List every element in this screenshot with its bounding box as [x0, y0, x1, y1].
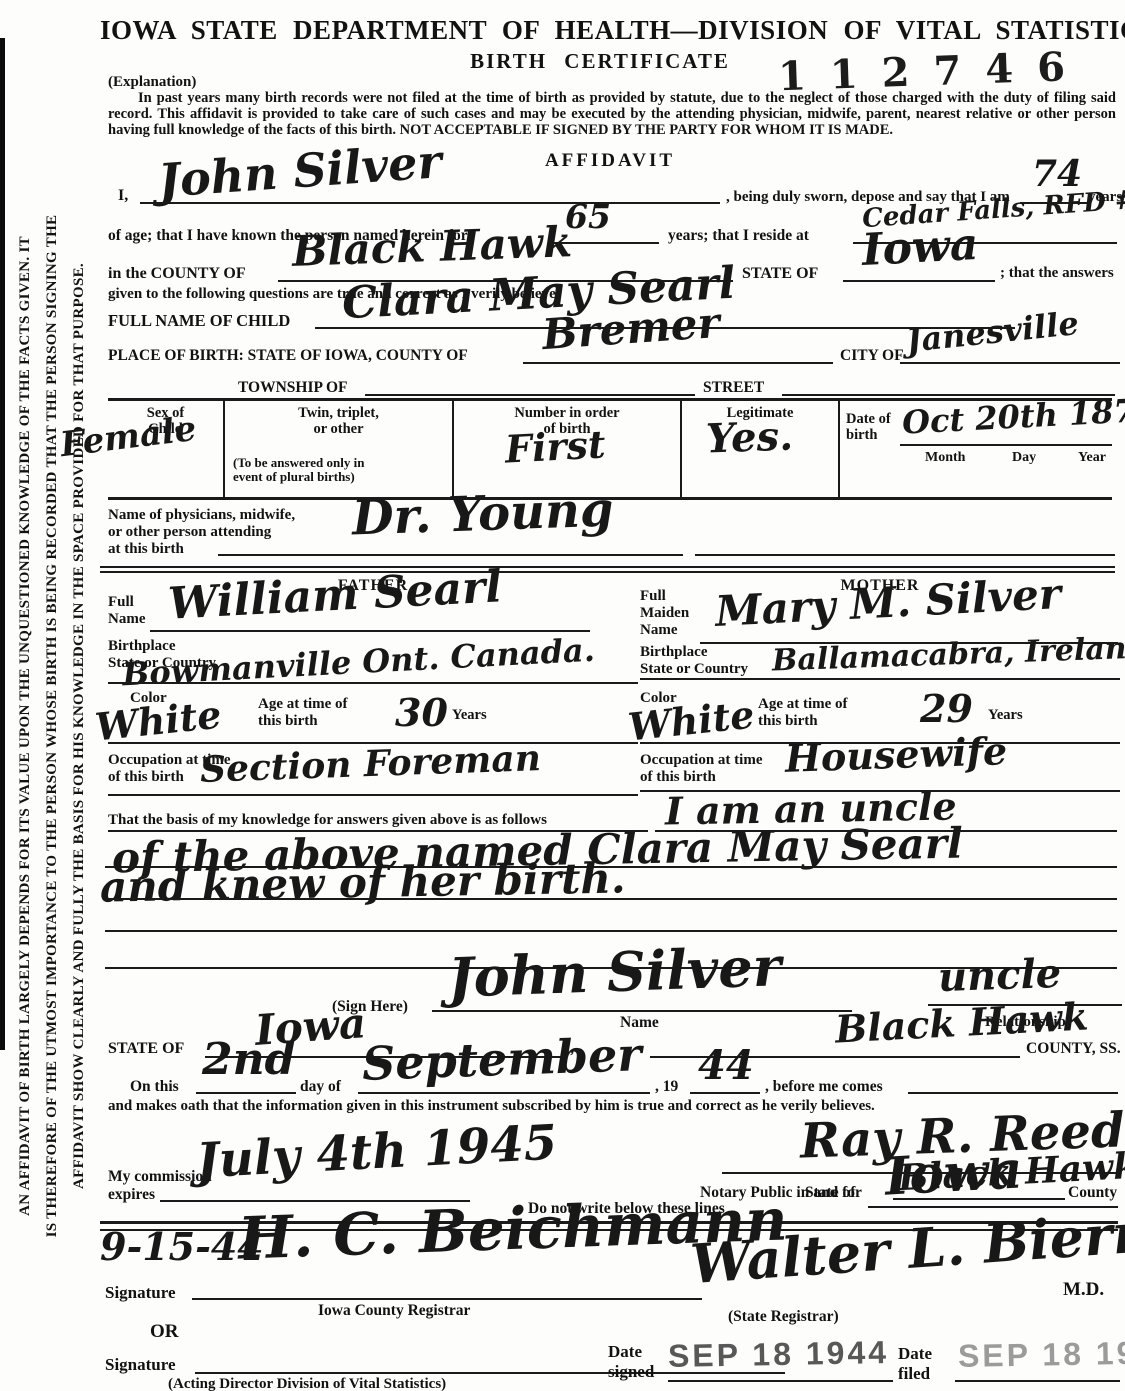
attendant-handwriting: Dr. Young [351, 485, 614, 542]
attendant-label: Name of physicians, midwife, or other pe… [108, 507, 295, 558]
city-of-label: CITY OF [840, 347, 904, 364]
state-of-small-handwriting: Iowa [884, 1144, 1024, 1203]
date-signed-label: Date signed [608, 1342, 654, 1382]
birth-city-handwriting: Janesville [905, 307, 1080, 357]
form-line [105, 930, 1117, 932]
form-line [358, 1092, 650, 1094]
state-handwriting: Iowa [861, 223, 979, 273]
twin-note: (To be answered only in event of plural … [233, 456, 364, 485]
mother-maiden-name-label: Full Maiden Name [640, 588, 689, 639]
notary-county-suffix-label: County [1068, 1184, 1117, 1201]
form-line [140, 202, 720, 204]
commission-date-handwriting: July 4th 1945 [195, 1119, 558, 1186]
mother-age-label: Age at time of this birth [758, 696, 848, 730]
township-label: TOWNSHIP OF [238, 379, 348, 396]
oath-text: and makes oath that the information give… [108, 1098, 875, 1115]
mother-age-handwriting: 29 [920, 690, 973, 728]
day-label: Day [1012, 450, 1036, 465]
age-handwriting: 74 [1032, 156, 1082, 192]
county-ss-label: COUNTY, SS. [1026, 1040, 1121, 1057]
date-of-birth-label: Date of birth [846, 412, 891, 444]
explanation-paragraph: In past years many birth records were no… [108, 76, 1116, 138]
state-registrar-title-label: (State Registrar) [728, 1308, 839, 1325]
form-line [955, 1380, 1120, 1382]
md-label: M.D. [1063, 1280, 1104, 1301]
i-label: I, [118, 187, 128, 205]
known-years-handwriting: 65 [565, 200, 611, 233]
signature-label: Signature [105, 1284, 176, 1303]
sidebar-line-2: IS THEREFORE OF THE UTMOST IMPORTANCE TO… [39, 70, 66, 1382]
father-name-handwriting: William Searl [167, 565, 503, 626]
month-handwriting: September [361, 1031, 642, 1087]
iowa-county-registrar-label: Iowa County Registrar [318, 1302, 470, 1319]
form-line [690, 1092, 760, 1094]
explanation-emphasis: NOT ACCEPTABLE IF SIGNED BY THE PARTY FO… [400, 122, 893, 138]
full-name-of-child-label: FULL NAME OF CHILD [108, 312, 290, 330]
form-line [218, 554, 683, 556]
place-of-birth-label: PLACE OF BIRTH: STATE OF IOWA, COUNTY OF [108, 347, 468, 364]
mother-occupation-label: Occupation at time of this birth [640, 752, 762, 786]
form-line [523, 362, 833, 364]
or-label: OR [150, 1322, 179, 1343]
form-line [192, 1298, 702, 1300]
form-line [108, 682, 638, 684]
year-label: Year [1078, 450, 1106, 465]
father-color-handwriting: White [93, 695, 223, 746]
county-handwriting: Black Hawk [291, 221, 572, 273]
form-line [900, 444, 1112, 446]
form-line [196, 1092, 296, 1094]
page-title: IOWA STATE DEPARTMENT OF HEALTH—DIVISION… [100, 16, 1120, 46]
sidebar-line-3: AFFIDAVIT SHOW CLEARLY AND FULLY THE BAS… [66, 70, 93, 1382]
year-prefix-label: , 19 [655, 1078, 678, 1095]
legitimate-handwriting: Yes. [705, 416, 793, 459]
date-signed-stamp: SEP 18 1944 [668, 1334, 890, 1375]
father-years-label: Years [452, 708, 487, 724]
form-line [668, 1380, 893, 1382]
year-handwriting: 44 [698, 1046, 754, 1086]
form-line [150, 630, 590, 632]
form-line [843, 280, 995, 282]
street-label: STREET [703, 379, 764, 396]
form-line [432, 1010, 852, 1012]
state-of-small-label: State of [805, 1184, 855, 1201]
form-line [105, 898, 1117, 900]
affiant-signature-handwriting: John Silver [447, 939, 782, 1005]
form-line [908, 1092, 1118, 1094]
father-full-name-label: Full Name [108, 594, 146, 628]
birth-certificate-document: AN AFFIDAVIT OF BIRTH LARGELY DEPENDS FO… [0, 0, 1125, 1391]
order-handwriting: First [504, 425, 606, 468]
mother-color-handwriting: White [626, 695, 756, 746]
form-line [640, 678, 1120, 680]
mother-birthplace-handwriting: Ballamacabra, Ireland [772, 633, 1125, 676]
affiant-name-handwriting: John Silver [157, 138, 443, 204]
state-label: STATE OF [742, 265, 818, 283]
form-line [108, 794, 638, 796]
birth-county-handwriting: Bremer [541, 302, 721, 356]
mother-occupation-handwriting: Housewife [784, 732, 1007, 778]
basis-handwriting-3: and knew of her birth. [100, 857, 626, 908]
date-filed-stamp: SEP 18 1944 [958, 1334, 1125, 1375]
form-line [365, 394, 695, 396]
state-of-label: STATE OF [108, 1040, 184, 1058]
date-filed-label: Date filed [898, 1344, 932, 1384]
relationship-handwriting: uncle [937, 954, 1061, 998]
day-of-label: day of [300, 1078, 341, 1095]
father-occupation-handwriting: Section Foreman [199, 740, 541, 788]
day-handwriting: 2nd [202, 1038, 295, 1082]
form-line [695, 554, 1115, 556]
scan-edge-artifact [0, 38, 5, 1050]
section-divider [100, 566, 1115, 568]
acting-director-title-label: (Acting Director Division of Vital Stati… [168, 1376, 446, 1391]
mother-birthplace-label: Birthplace State or Country [640, 644, 748, 678]
month-label: Month [925, 450, 965, 465]
county-label: in the COUNTY OF [108, 265, 246, 283]
answers-label: ; that the answers [1000, 265, 1114, 282]
father-age-handwriting: 30 [395, 694, 448, 732]
before-me-label: , before me comes [765, 1078, 883, 1095]
twin-triplet-header: Twin, triplet, or other [225, 406, 452, 438]
sidebar-vertical-note: AN AFFIDAVIT OF BIRTH LARGELY DEPENDS FO… [12, 70, 96, 1382]
sidebar-line-1: AN AFFIDAVIT OF BIRTH LARGELY DEPENDS FO… [12, 70, 39, 1382]
form-line [900, 362, 1120, 364]
table-divider [838, 401, 840, 497]
father-age-label: Age at time of this birth [258, 696, 348, 730]
signature2-label: Signature [105, 1356, 176, 1375]
reside-label: years; that I reside at [668, 227, 809, 244]
mother-years-label: Years [988, 708, 1023, 724]
on-this-label: On this [130, 1078, 179, 1095]
section-divider [100, 571, 1115, 573]
